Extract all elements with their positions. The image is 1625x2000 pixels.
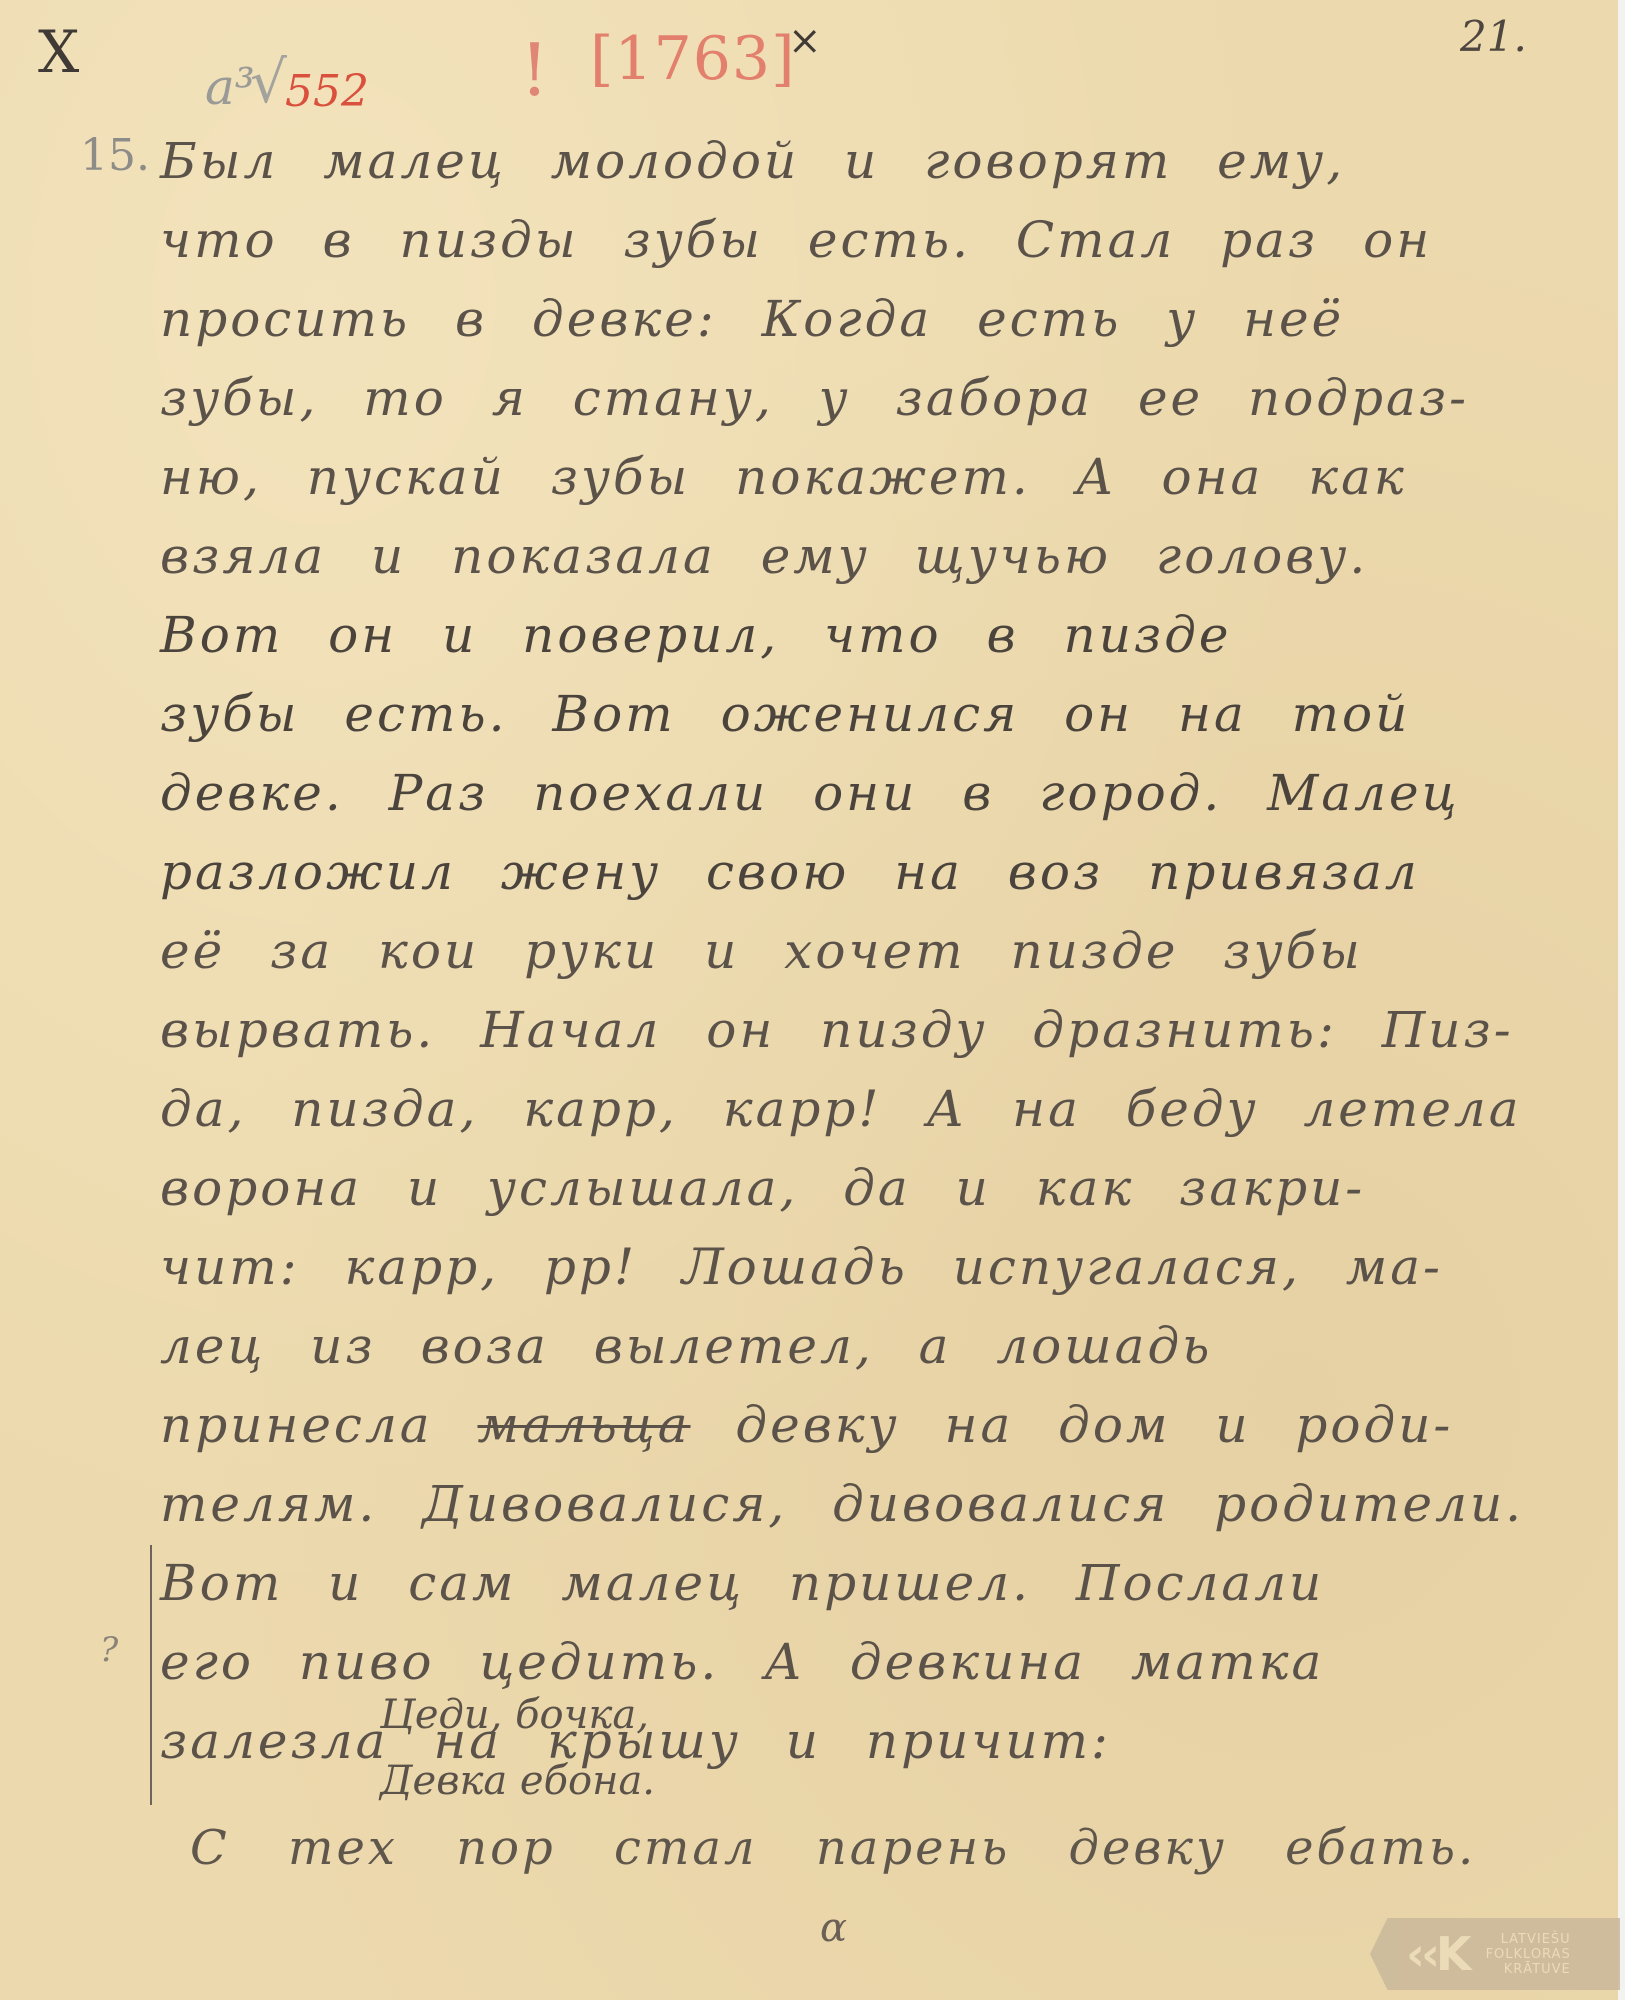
archive-logo-icon: ‹‹K <box>1406 1927 1468 1981</box>
text-line: телям. Дивовалися, дивовалися родители. <box>160 1465 1580 1544</box>
cross-mark-icon: × <box>788 18 822 64</box>
story-body: Был малец молодой и говорят ему, что в п… <box>160 122 1580 1781</box>
text-line-with-strikethrough: принесла мальца девку на дом и роди- <box>160 1386 1580 1465</box>
text-line: его пиво цедить. А девкина матка <box>160 1623 1580 1702</box>
text-line: ворона и услышала, да и как закри- <box>160 1149 1580 1228</box>
text-segment: девку на дом и роди- <box>691 1396 1454 1454</box>
text-line: разложил жену свою на воз привязал <box>160 833 1580 912</box>
margin-question-mark: ? <box>100 1630 118 1670</box>
red-catalog-number: 552 <box>285 66 369 117</box>
page-number: 21. <box>1460 12 1527 61</box>
text-line: залезла на крышу и причит: <box>160 1702 1580 1781</box>
roman-numeral-mark: X <box>38 18 79 86</box>
text-line: Вот он и поверил, что в пизде <box>160 596 1580 675</box>
alpha-mark: α <box>820 1905 847 1951</box>
text-line: да, пизда, карр, карр! А на беду летела <box>160 1070 1580 1149</box>
text-line: зубы есть. Вот оженился он на той <box>160 675 1580 754</box>
red-bracket-number: [1763] <box>590 24 796 94</box>
logo-text-line: KRĀTUVE <box>1486 1962 1571 1977</box>
logo-text-line: FOLKLORAS <box>1486 1947 1571 1962</box>
archive-logo-text: LATVIEŠU FOLKLORAS KRĀTUVE <box>1486 1932 1571 1977</box>
text-line: вырвать. Начал он пизду дразнить: Пиз- <box>160 991 1580 1070</box>
margin-bracket-line <box>150 1545 152 1805</box>
archive-logo: ‹‹K LATVIEŠU FOLKLORAS KRĀTUVE <box>1370 1918 1620 1990</box>
text-line: зубы, то я стану, у забора ее подраз- <box>160 359 1580 438</box>
text-line: её за кои руки и хочет пизде зубы <box>160 912 1580 991</box>
text-line: Вот и сам малец пришел. Послали <box>160 1544 1580 1623</box>
pencil-note: а³ <box>205 58 255 116</box>
text-line: что в пизды зубы есть. Стал раз он <box>160 201 1580 280</box>
text-line: чит: карр, рр! Лошадь испугалася, ма- <box>160 1228 1580 1307</box>
text-line: ню, пускай зубы покажет. А она как <box>160 438 1580 517</box>
text-line: Был малец молодой и говорят ему, <box>160 122 1580 201</box>
verse-line: Девка ебона. <box>380 1758 655 1804</box>
check-mark-icon: √ <box>250 48 287 116</box>
manuscript-page: X а³ √ 552 ! [1763] × 21. 15. Был малец … <box>0 0 1618 2000</box>
final-line: С тех пор стал парень девку ебать. <box>190 1820 1476 1876</box>
logo-text-line: LATVIEŠU <box>1486 1932 1571 1947</box>
verse-line: Цеди, бочка, <box>380 1692 649 1738</box>
text-line: просить в девке: Когда есть у неё <box>160 280 1580 359</box>
red-exclamation-mark: ! <box>520 28 549 112</box>
story-number: 15. <box>80 130 150 181</box>
text-segment: принесла <box>160 1396 477 1454</box>
text-line: взяла и показала ему щучью голову. <box>160 517 1580 596</box>
struck-word: мальца <box>477 1396 690 1454</box>
text-line: лец из воза вылетел, а лошадь <box>160 1307 1580 1386</box>
text-line: девке. Раз поехали они в город. Малец <box>160 754 1580 833</box>
